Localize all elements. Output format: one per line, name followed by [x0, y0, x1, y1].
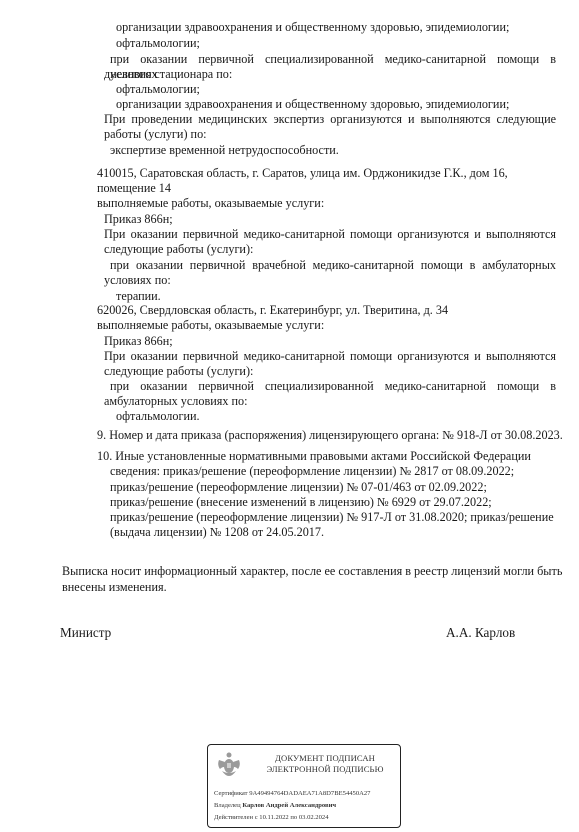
stamp-owner: Владелец Карлов Андрей Александрович [214, 801, 336, 810]
stamp-certificate: Сертификат 9A49494764DADAEA71A8D7BE54450… [214, 789, 370, 798]
address-ekaterinburg: 620026, Свердловская область, г. Екатери… [97, 303, 448, 318]
item-10-line: сведения: приказ/решение (переоформление… [110, 464, 514, 479]
order-text: Приказ 866н; [104, 212, 173, 227]
text-line: организации здравоохранения и общественн… [116, 20, 509, 35]
address-saratov-cont: помещение 14 [97, 181, 171, 196]
address-saratov: 410015, Саратовская область, г. Саратов,… [97, 166, 508, 181]
text-line: При проведении медицинских экспертиз орг… [104, 112, 556, 127]
text-line: амбулаторных условиях по: [104, 394, 248, 409]
text-line: дневного стационара по: [104, 67, 232, 82]
owner-value: Карлов Андрей Александрович [242, 802, 336, 809]
text-line: организации здравоохранения и общественн… [116, 97, 509, 112]
item-10-line: приказ/решение (переоформление лицензии)… [110, 480, 487, 495]
certificate-label: Сертификат [214, 790, 248, 797]
stamp-title-line2: ЭЛЕКТРОННОЙ ПОДПИСЬЮ [258, 764, 392, 775]
order-text: Приказ 866н; [104, 334, 173, 349]
signature-position: Министр [60, 625, 111, 640]
coat-of-arms-icon [216, 751, 242, 781]
text-line: экспертизе временной нетрудоспособности. [110, 143, 339, 158]
text-line: работы (услуги) по: [104, 127, 207, 142]
disclaimer-cont: внесены изменения. [62, 580, 167, 595]
text-line: при оказании первичной врачебной медико-… [110, 258, 556, 273]
service-text: офтальмологии. [116, 409, 200, 424]
stamp-title-line1: ДОКУМЕНТ ПОДПИСАН [258, 753, 392, 764]
valid-label: Действителен [214, 814, 253, 821]
certificate-value: 9A49494764DADAEA71A8D7BE54450A27 [249, 790, 370, 797]
item-9: 9. Номер и дата приказа (распоряжения) л… [97, 428, 563, 443]
text-line: При оказании первичной медико-санитарной… [104, 227, 556, 242]
works-label: выполняемые работы, оказываемые услуги: [97, 318, 324, 333]
text-line: При оказании первичной медико-санитарной… [104, 349, 556, 364]
text-line: при оказании первичной специализированно… [110, 379, 556, 394]
works-label: выполняемые работы, оказываемые услуги: [97, 196, 324, 211]
item-10-heading: 10. Иные установленные нормативными прав… [97, 449, 531, 464]
disclaimer: Выписка носит информационный характер, п… [62, 564, 562, 579]
stamp-title: ДОКУМЕНТ ПОДПИСАН ЭЛЕКТРОННОЙ ПОДПИСЬЮ [258, 753, 392, 775]
text-line: условиях по: [104, 273, 171, 288]
service-text: терапии. [116, 289, 161, 304]
text-line: офтальмологии; [116, 36, 200, 51]
valid-value: с 10.11.2022 по 03.02.2024 [255, 814, 329, 821]
signature-name: А.А. Карлов [446, 625, 515, 640]
text-line: следующие работы (услуги): [104, 242, 253, 257]
item-10-line: (выдача лицензии) № 1208 от 24.05.2017. [110, 525, 324, 540]
text-line: офтальмологии; [116, 82, 200, 97]
item-10-line: приказ/решение (переоформление лицензии)… [110, 510, 554, 525]
stamp-validity: Действителен с 10.11.2022 по 03.02.2024 [214, 813, 329, 822]
item-10-line: приказ/решение (внесение изменений в лиц… [110, 495, 492, 510]
owner-label: Владелец [214, 802, 241, 809]
text-line: следующие работы (услуги): [104, 364, 253, 379]
electronic-signature-stamp: ДОКУМЕНТ ПОДПИСАН ЭЛЕКТРОННОЙ ПОДПИСЬЮ С… [207, 744, 401, 828]
